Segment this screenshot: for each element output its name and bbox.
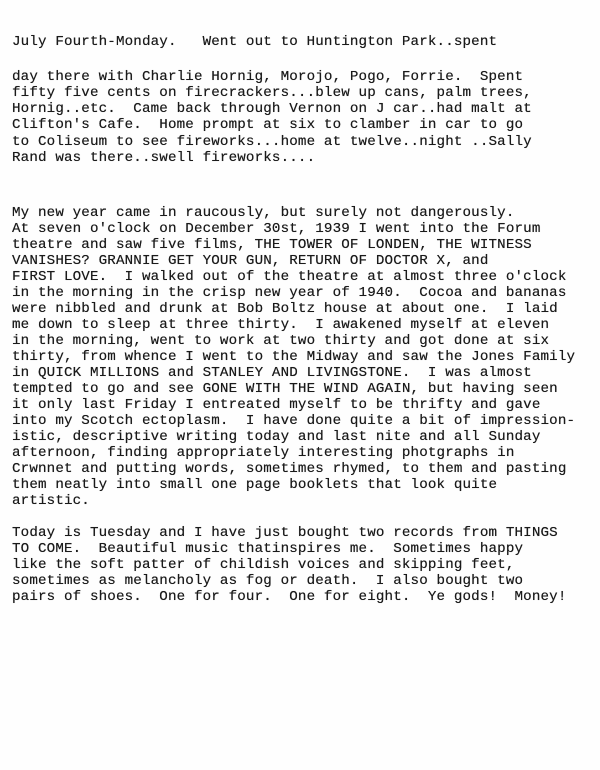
text-line: pairs of shoes. One for four. One for ei… (12, 589, 567, 605)
text-line: Today is Tuesday and I have just bought … (12, 525, 558, 541)
text-line: fifty five cents on firecrackers...blew … (12, 85, 532, 101)
text-line: like the soft patter of childish voices … (12, 557, 515, 573)
text-line: VANISHES? GRANNIE GET YOUR GUN, RETURN O… (12, 253, 489, 269)
text-line: sometimes as melancholy as fog or death.… (12, 573, 523, 589)
text-line: Crwnnet and putting words, sometimes rhy… (12, 461, 567, 477)
text-line: them neatly into small one page booklets… (12, 477, 497, 493)
text-line: At seven o'clock on December 30st, 1939 … (12, 221, 541, 237)
text-line: afternoon, finding appropriately interes… (12, 445, 515, 461)
text-line: to Coliseum to see fireworks...home at t… (12, 134, 532, 150)
text-line: in the morning in the crisp new year of … (12, 285, 567, 301)
text-line: artistic. (12, 493, 90, 509)
text-line: Clifton's Cafe. Home prompt at six to cl… (12, 117, 523, 133)
entry-heading-line: July Fourth-Monday. Went out to Huntingt… (12, 34, 497, 50)
text-line: My new year came in raucously, but surel… (12, 205, 515, 221)
text-line: in QUICK MILLIONS and STANLEY AND LIVING… (12, 365, 532, 381)
text-line: into my Scotch ectoplasm. I have done qu… (12, 413, 575, 429)
text-line: me down to sleep at three thirty. I awak… (12, 317, 549, 333)
typed-journal-page: July Fourth-Monday. Went out to Huntingt… (0, 0, 600, 770)
text-line: in the morning, went to work at two thir… (12, 333, 549, 349)
text-line: theatre and saw five films, THE TOWER OF… (12, 237, 532, 253)
text-line: thirty, from whence I went to the Midway… (12, 349, 575, 365)
text-line: it only last Friday I entreated myself t… (12, 397, 541, 413)
text-line: TO COME. Beautiful music thatinspires me… (12, 541, 523, 557)
text-line: FIRST LOVE. I walked out of the theatre … (12, 269, 567, 285)
text-line: tempted to go and see GONE WITH THE WIND… (12, 381, 558, 397)
text-line: istic, descriptive writing today and las… (12, 429, 541, 445)
text-line: Rand was there..swell fireworks.... (12, 150, 315, 166)
text-line: Hornig..etc. Came back through Vernon on… (12, 101, 532, 117)
text-line: day there with Charlie Hornig, Morojo, P… (12, 69, 523, 85)
text-line: were nibbled and drunk at Bob Boltz hous… (12, 301, 558, 317)
